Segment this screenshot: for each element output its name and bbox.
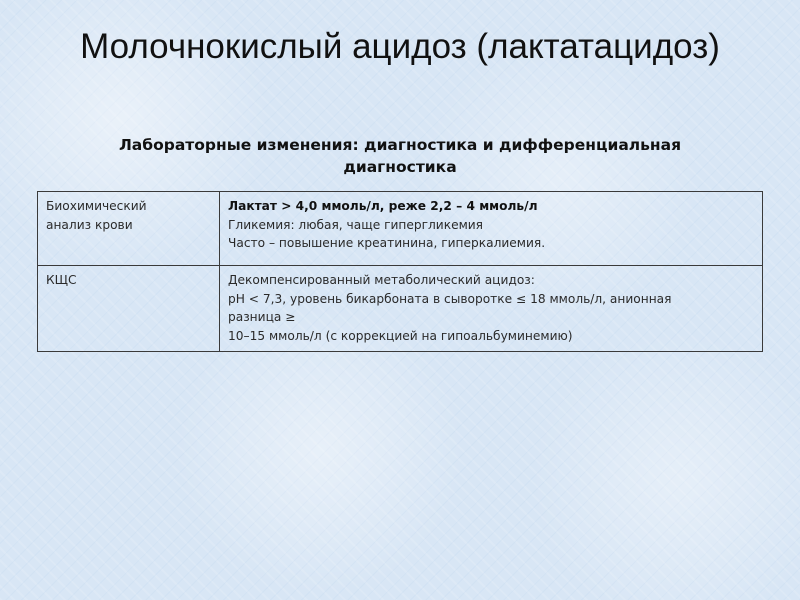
- row-label-line-1: КЩС: [46, 271, 211, 290]
- lab-changes-table: Биохимический анализ крови Лактат > 4,0 …: [37, 191, 763, 352]
- row-value-cell: Лактат > 4,0 ммоль/л, реже 2,2 – 4 ммоль…: [220, 192, 763, 266]
- glycemia-value: Гликемия: любая, чаще гипергликемия: [228, 216, 754, 235]
- row-value-cell: Декомпенсированный метаболический ацидоз…: [220, 266, 763, 352]
- anion-gap-label: разница ≥: [228, 308, 754, 327]
- row-label-line-2: анализ крови: [46, 216, 211, 235]
- subtitle-line-1: Лабораторные изменения: диагностика и ди…: [70, 134, 730, 156]
- anion-gap-value: 10–15 ммоль/л (с коррекцией на гипоальбу…: [228, 327, 754, 346]
- slide-title: Молочнокислый ацидоз (лактатацидоз): [0, 22, 800, 72]
- subtitle-line-2: диагностика: [70, 156, 730, 178]
- row-label-cell: Биохимический анализ крови: [38, 192, 220, 266]
- row-label-line-1: Биохимический: [46, 197, 211, 216]
- table-row-biochemistry: Биохимический анализ крови Лактат > 4,0 …: [38, 192, 763, 266]
- acidosis-heading: Декомпенсированный метаболический ацидоз…: [228, 271, 754, 290]
- row-label-cell: КЩС: [38, 266, 220, 352]
- slide-subtitle: Лабораторные изменения: диагностика и ди…: [70, 134, 730, 178]
- creatinine-value: Часто – повышение креатинина, гиперкалие…: [228, 234, 754, 253]
- table-row-acid-base: КЩС Декомпенсированный метаболический ац…: [38, 266, 763, 352]
- ph-bicarbonate-value: pH < 7,3, уровень бикарбоната в сыворотк…: [228, 290, 754, 309]
- lactate-value: Лактат > 4,0 ммоль/л, реже 2,2 – 4 ммоль…: [228, 197, 754, 216]
